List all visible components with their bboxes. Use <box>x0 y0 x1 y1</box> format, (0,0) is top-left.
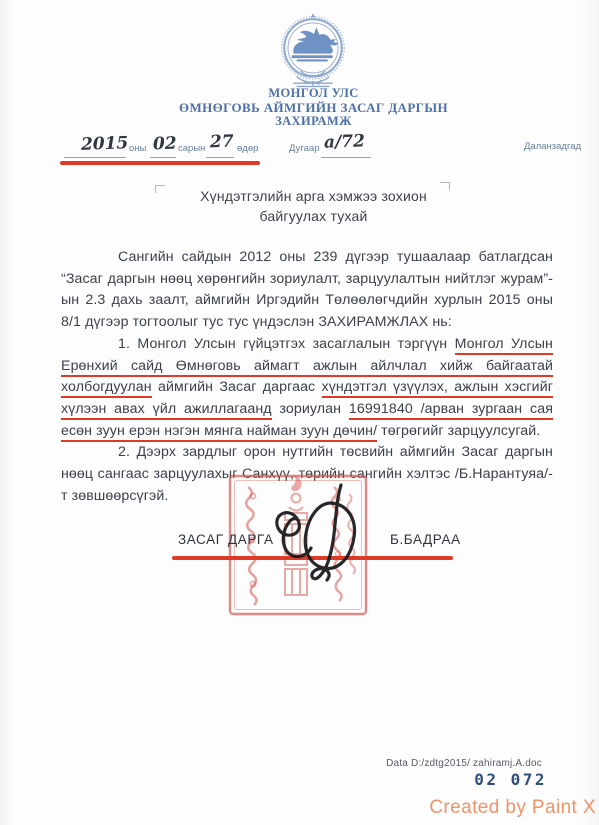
handwritten-year: 2015 <box>81 133 129 155</box>
day-blank-line <box>206 157 234 158</box>
document-title: Хүндэтгэлийн арга хэмжээ зохион байгуула… <box>28 186 599 226</box>
paint-x-watermark: Created by Paint X <box>429 797 596 819</box>
year-label: оны <box>129 143 146 154</box>
body-paragraph: Сангийн сайдын 2012 оны 239 дүгээр тушаа… <box>61 247 553 334</box>
handwritten-month: 02 <box>153 134 177 155</box>
handwritten-signature-icon <box>258 478 373 588</box>
date-red-underline <box>60 161 260 165</box>
document-body: Сангийн сайдын 2012 оны 239 дүгээр тушаа… <box>61 247 553 507</box>
year-blank-line <box>64 157 126 158</box>
handwritten-number: a/72 <box>324 131 366 152</box>
number-label: Дугаар <box>289 143 320 154</box>
body-text: Сангийн сайдын 2012 оны 239 дүгээр тушаа… <box>61 249 553 330</box>
body-paragraph: 1. Монгол Улсын гүйцэтгэх засаглалын тэр… <box>61 334 553 443</box>
month-blank-line <box>150 157 176 158</box>
page-number-stamp: 02 072 <box>474 770 547 789</box>
body-text: төгрөгийг зарцуулсугай. <box>377 423 540 439</box>
file-path: Data D:/zdtg2015/ zahiramj.A.doc <box>386 758 542 769</box>
body-text: зориулан <box>272 401 349 417</box>
title-line-1: Хүндэтгэлийн арга хэмжээ зохион <box>28 186 599 206</box>
signer-name: Б.БАДРАА <box>390 532 461 547</box>
handwritten-day: 27 <box>210 132 234 153</box>
place-name: Даланзадгад <box>524 141 581 152</box>
document-type: ЗАХИРАМЖ <box>28 115 599 129</box>
month-label: сарын <box>178 143 205 154</box>
letterhead: МОНГОЛ УЛС ӨМНӨГОВЬ АЙМГИЙН ЗАСАГ ДАРГЫН… <box>28 87 599 129</box>
organization-name: ӨМНӨГОВЬ АЙМГИЙН ЗАСАГ ДАРГЫН <box>28 101 599 115</box>
day-label: өдөр <box>237 143 258 154</box>
body-text: 1. Монгол Улсын гүйцэтгэх засаглалын тэр… <box>118 336 455 352</box>
number-blank-line <box>321 157 371 158</box>
mongolia-state-emblem-icon <box>272 11 354 93</box>
title-line-2: байгуулах тухай <box>28 206 599 226</box>
country-name: МОНГОЛ УЛС <box>28 87 599 101</box>
body-text: аймгийн Засаг даргаас <box>152 379 322 395</box>
scanned-decree-page: МОНГОЛ УЛС ӨМНӨГОВЬ АЙМГИЙН ЗАСАГ ДАРГЫН… <box>0 0 599 825</box>
